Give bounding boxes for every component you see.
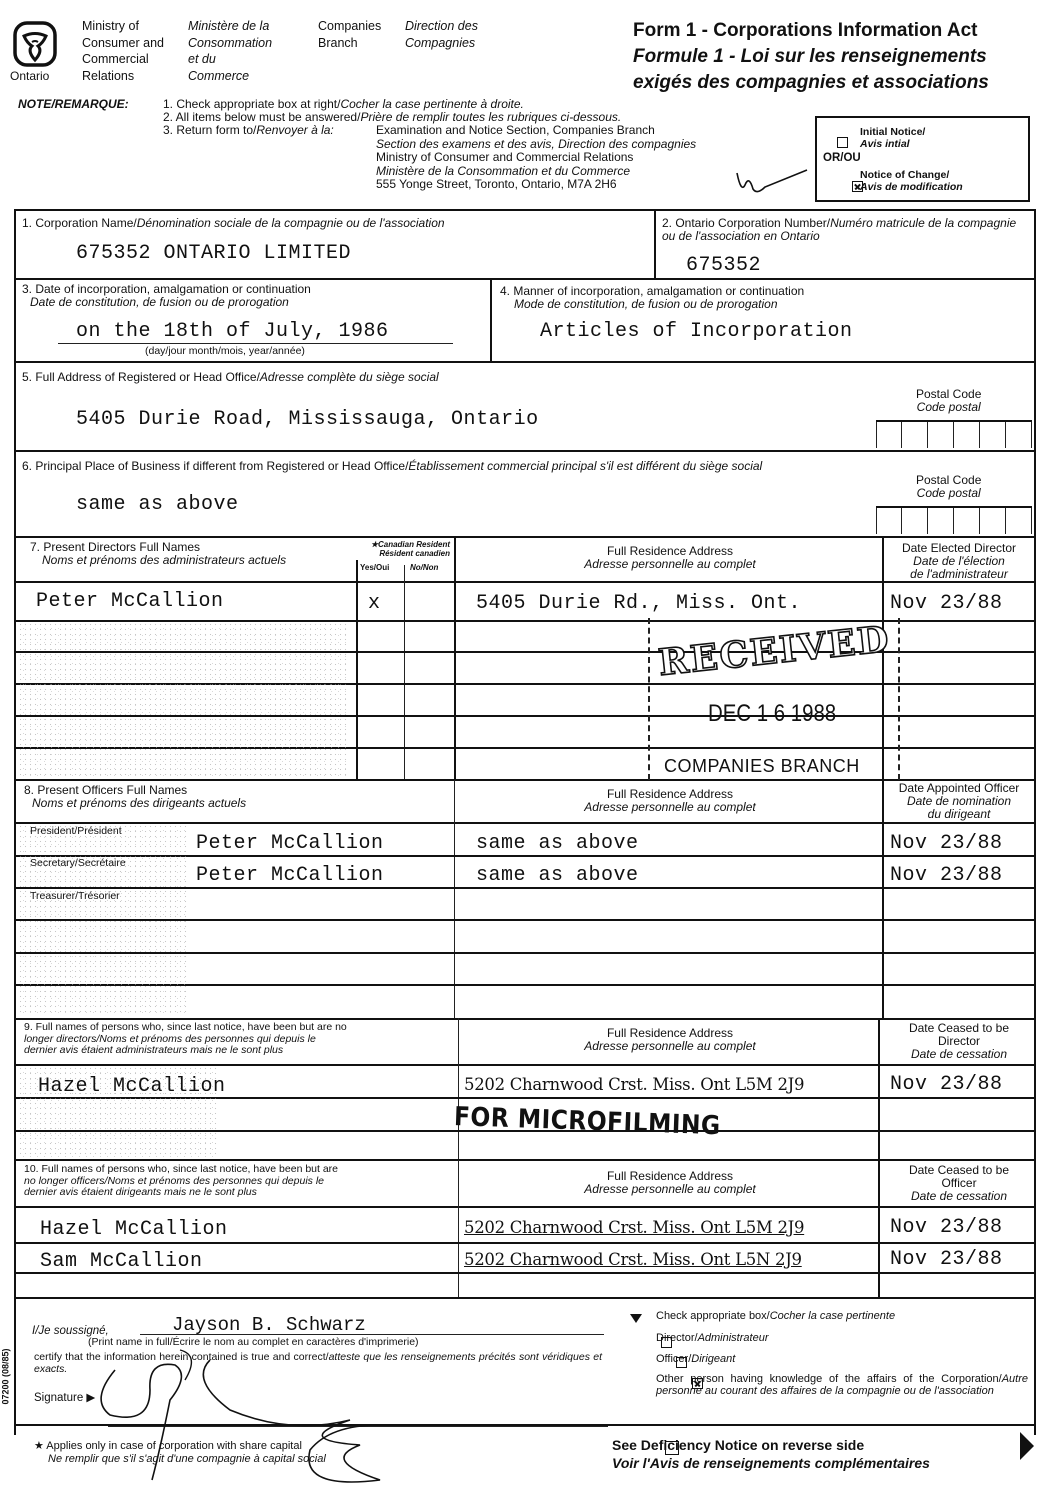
postal-code-field-6[interactable] [876, 506, 1032, 534]
ministry-fr: Ministère de la Consommation et du Comme… [188, 18, 272, 84]
return-address: Examination and Notice Section, Companie… [376, 124, 696, 192]
fd-col-name-end [458, 1018, 459, 1160]
former-directors-label: 9. Full names of persons who, since last… [24, 1022, 446, 1057]
form-bottom-border [14, 1424, 1036, 1426]
head-office-value[interactable]: 5405 Durie Road, Mississauga, Ontario [76, 408, 539, 431]
ministry-en: Ministry of Consumer and Commercial Rela… [82, 18, 164, 84]
initial-notice-label: Initial Notice/ Avis intial [860, 127, 925, 150]
divider-3-4 [490, 278, 492, 362]
officers-label: 8. Present Officers Full Names Noms et p… [24, 784, 246, 810]
off-row-line-5 [14, 984, 1036, 986]
note-item-3: 3. Return form to/Renvoyer à la: [163, 124, 334, 137]
incorp-date-label: 3. Date of incorporation, amalgamation o… [22, 283, 311, 309]
note-label: NOTE/REMARQUE: [18, 97, 129, 111]
head-office-label: 5. Full Address of Registered or Head Of… [22, 371, 439, 384]
off-row-line-6 [14, 1018, 1036, 1020]
officer-option-label: Officer/Dirigeant [656, 1354, 735, 1366]
next-page-arrow-icon[interactable] [1020, 1432, 1034, 1460]
incorp-date-underline [58, 343, 453, 344]
officers-date-header: Date Appointed Officer Date de nominatio… [884, 782, 1034, 821]
corp-number-label: 2. Ontario Corporation Number/Numéro mat… [662, 217, 1032, 243]
officer-row-1-date[interactable]: Nov 23/88 [890, 832, 1003, 855]
director-row-1-date[interactable]: Nov 23/88 [890, 592, 1003, 615]
deficiency-notice-label: See Deficiency Notice on reverse side Vo… [612, 1436, 930, 1472]
former-officers-address-header: Full Residence Address Adresse personnel… [456, 1170, 884, 1196]
director-option-label: Director/Administrateur [656, 1333, 768, 1345]
officer-row-1-address[interactable]: same as above [476, 832, 639, 855]
form-title-en: Form 1 - Corporations Information Act [633, 20, 977, 42]
officer-row-2-date[interactable]: Nov 23/88 [890, 864, 1003, 887]
off-row-line-4 [14, 952, 1036, 954]
former-officers-header-line [14, 1206, 1036, 1208]
former-officer-row-2-date[interactable]: Nov 23/88 [890, 1248, 1003, 1271]
resident-yes-header: Yes/Oui [360, 563, 389, 572]
divider-1-2 [654, 209, 656, 279]
incorp-manner-label: 4. Manner of incorporation, amalgamation… [500, 285, 804, 311]
former-director-row-1-date[interactable]: Nov 23/88 [890, 1073, 1003, 1096]
former-officers-label: 10. Full names of persons who, since las… [24, 1164, 446, 1199]
trillium-icon [12, 20, 58, 70]
signature-scribble-icon[interactable] [90, 1330, 420, 1490]
former-director-row-1-address[interactable]: 5202 Charnwood Crst. Miss. Ont L5M 2J9 [464, 1075, 804, 1094]
resident-header: ★Canadian Resident Résident canadien [356, 540, 450, 558]
corp-name-value[interactable]: 675352 ONTARIO LIMITED [76, 242, 351, 265]
scan-noise [18, 622, 348, 777]
ontario-logo [12, 20, 62, 70]
former-officer-row-2-address[interactable]: 5202 Charnwood Crst. Miss. Ont L5N 2J9 [464, 1250, 802, 1269]
director-row-1-name[interactable]: Peter McCallion [36, 590, 224, 613]
ontario-label: Ontario [10, 70, 49, 83]
fd-row-line-3 [14, 1159, 1036, 1161]
officer-row-2-name[interactable]: Peter McCallion [196, 864, 384, 887]
officer-row-2-role: Secretary/Secrétaire [30, 858, 126, 870]
former-officer-row-1-name[interactable]: Hazel McCallion [40, 1218, 228, 1241]
down-triangle-icon [630, 1314, 642, 1323]
principal-place-label: 6. Principal Place of Business if differ… [22, 460, 762, 473]
corp-name-label: 1. Corporation Name/Dénomination sociale… [22, 217, 445, 230]
microfilming-stamp: FOR MICROFILMING [453, 1102, 721, 1141]
branch-fr: Direction des Compagnies [405, 18, 478, 51]
former-officer-row-1-address[interactable]: 5202 Charnwood Crst. Miss. Ont L5M 2J9 [464, 1218, 804, 1237]
or-label: OR/OU [823, 153, 861, 165]
director-row-1-yes[interactable]: x [368, 592, 381, 615]
former-directors-date-header: Date Ceased to be Director Date de cessa… [884, 1022, 1034, 1061]
former-directors-header-line [14, 1064, 1036, 1066]
directors-label: 7. Present Directors Full Names Noms et … [30, 541, 286, 567]
officer-row-2-address[interactable]: same as above [476, 864, 639, 887]
officer-row-3-role: Treasurer/Trésorier [30, 891, 120, 903]
received-stamp: RECEIVED DEC 1 6 1988 COMPANIES BRANCH [648, 618, 900, 780]
former-officer-row-1-date[interactable]: Nov 23/88 [890, 1216, 1003, 1239]
officers-address-header: Full Residence Address Adresse personnel… [456, 788, 884, 814]
fo-row-line-3 [14, 1297, 1036, 1299]
incorp-date-value[interactable]: on the 18th of July, 1986 [76, 320, 389, 343]
postal-code-label-6: Postal Code Code postal [916, 474, 981, 500]
form-top-border [14, 209, 1036, 211]
off-row-line-3 [14, 919, 1036, 921]
received-stamp-branch: COMPANIES BRANCH [664, 756, 860, 777]
initial-notice-checkbox[interactable] [837, 137, 848, 148]
fd-col-address-end [878, 1018, 880, 1160]
off-row-line-2 [14, 887, 1036, 889]
other-person-option-label: Other person having knowledge of the aff… [656, 1374, 1028, 1397]
postal-code-field-5[interactable] [876, 420, 1032, 448]
received-stamp-date: DEC 1 6 1988 [708, 700, 836, 728]
divider-row-2 [14, 361, 1036, 363]
postal-code-label-5: Postal Code Code postal [916, 388, 981, 414]
former-officers-date-header: Date Ceased to be Officer Date de cessat… [884, 1164, 1034, 1203]
received-stamp-title: RECEIVED [656, 618, 892, 684]
former-directors-address-header: Full Residence Address Adresse personnel… [456, 1027, 884, 1053]
former-officer-row-2-name[interactable]: Sam McCallion [40, 1250, 203, 1273]
resident-no-header: No/Non [410, 563, 438, 572]
director-row-1-address[interactable]: 5405 Durie Rd., Miss. Ont. [476, 592, 801, 615]
dir-col-resident-end [454, 536, 456, 780]
form-title-fr-2: exigés des compagnies et associations [633, 72, 989, 94]
incorp-manner-value[interactable]: Articles of Incorporation [540, 320, 853, 343]
off-row-line-1 [14, 855, 1036, 857]
former-director-row-1-name[interactable]: Hazel McCallion [38, 1075, 226, 1098]
divider-row-1 [14, 278, 1036, 280]
divider-row-3 [14, 450, 1036, 452]
corp-number-value[interactable]: 675352 [686, 254, 761, 277]
fo-col-name-end [458, 1160, 459, 1298]
incorp-date-hint: (day/jour month/mois, year/année) [145, 346, 305, 358]
principal-place-value[interactable]: same as above [76, 493, 239, 516]
footnote: ★ Applies only in case of corporation wi… [34, 1440, 326, 1466]
branch-en: Companies Branch [318, 18, 381, 51]
officer-row-1-name[interactable]: Peter McCallion [196, 832, 384, 855]
directors-date-header: Date Elected Director Date de l'élection… [884, 542, 1034, 581]
signature-label: Signature ▶ [34, 1393, 95, 1405]
form-code: 07200 (08/85) [2, 1348, 11, 1404]
check-box-instruction: Check appropriate box/Cocher la case per… [656, 1311, 895, 1323]
initials-scribble-icon [735, 165, 815, 200]
directors-address-header: Full Residence Address Adresse personnel… [456, 545, 884, 571]
fo-row-line-1 [14, 1242, 1036, 1244]
fo-col-address-end [878, 1160, 880, 1298]
officer-row-1-role: President/Président [30, 826, 122, 838]
form-title-fr-1: Formule 1 - Loi sur les renseignements [633, 46, 987, 68]
notice-of-change-label: Notice of Change/ Avis de modification [860, 170, 963, 193]
